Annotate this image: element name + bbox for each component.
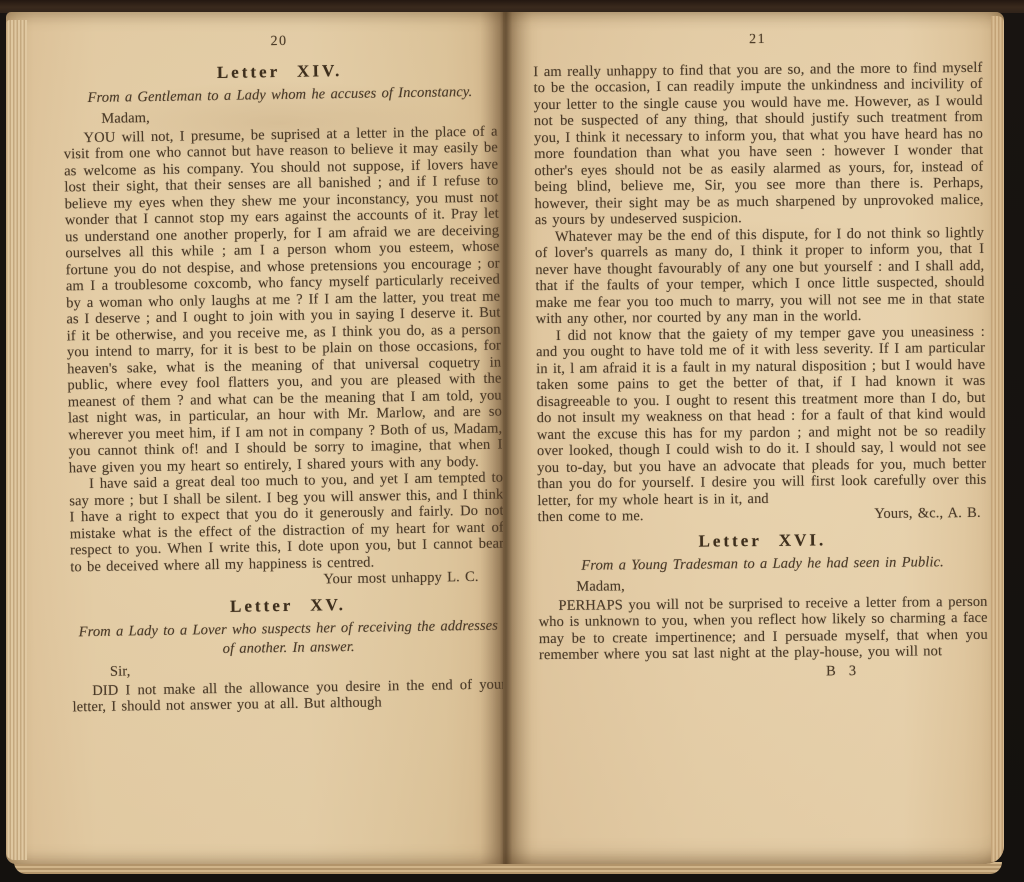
letter-xv-continuation-paragraph-3: I did not know that the gaiety of my tem… bbox=[536, 323, 987, 509]
letter-xvi-heading: Letter XVI. bbox=[538, 530, 987, 551]
letter-xiv-paragraph-2: I have said a great deal too much to you… bbox=[69, 470, 503, 576]
letter-xv-closing-text: then come to me. bbox=[538, 508, 644, 526]
page-edge-stack-left bbox=[6, 20, 27, 860]
letter-xiv-subtitle: From a Gentleman to a Lady whom he accus… bbox=[63, 83, 497, 109]
letter-xv-closing-line: then come to me. Yours, &c., A. B. bbox=[538, 505, 987, 526]
letter-xiv-paragraph-1: YOU will not, I presume, be suprised at … bbox=[63, 123, 502, 476]
letter-xvi-paragraph-1: PERHAPS you will not be surprised to rec… bbox=[538, 593, 988, 663]
letter-xvi-salutation: Madam, bbox=[538, 575, 987, 596]
letter-xv-heading: Letter XV. bbox=[71, 594, 503, 617]
letter-xvi-subtitle: From a Young Tradesman to a Lady he had … bbox=[538, 553, 987, 576]
page-right-text: 21 I am really unhappy to find that you … bbox=[533, 30, 988, 682]
letter-xv-signature: Yours, &c., A. B. bbox=[874, 505, 980, 523]
page-edge-stack-right bbox=[991, 16, 1004, 862]
letter-xv-continuation-paragraph-1: I am really unhappy to find that you are… bbox=[533, 59, 984, 228]
book-scan: 20 Letter XIV. From a Gentleman to a Lad… bbox=[0, 0, 1024, 882]
page-left: 20 Letter XIV. From a Gentleman to a Lad… bbox=[6, 12, 503, 864]
page-number-right: 21 bbox=[533, 30, 982, 51]
letter-xv-paragraph-1: DID I not make all the allowance you des… bbox=[72, 676, 503, 716]
letter-xv-continuation-paragraph-2: Whatever may be the end of this dispute,… bbox=[535, 224, 985, 327]
page-left-text: 20 Letter XIV. From a Gentleman to a Lad… bbox=[62, 31, 503, 716]
open-book-spread: 20 Letter XIV. From a Gentleman to a Lad… bbox=[6, 12, 1004, 864]
printer-signature-mark: B 3 bbox=[539, 661, 988, 682]
letter-xiv-heading: Letter XIV. bbox=[62, 60, 496, 83]
letter-xv-subtitle: From a Lady to a Lover who suspects her … bbox=[71, 617, 503, 662]
page-number-left: 20 bbox=[62, 31, 496, 54]
page-right: 21 I am really unhappy to find that you … bbox=[503, 12, 1004, 864]
